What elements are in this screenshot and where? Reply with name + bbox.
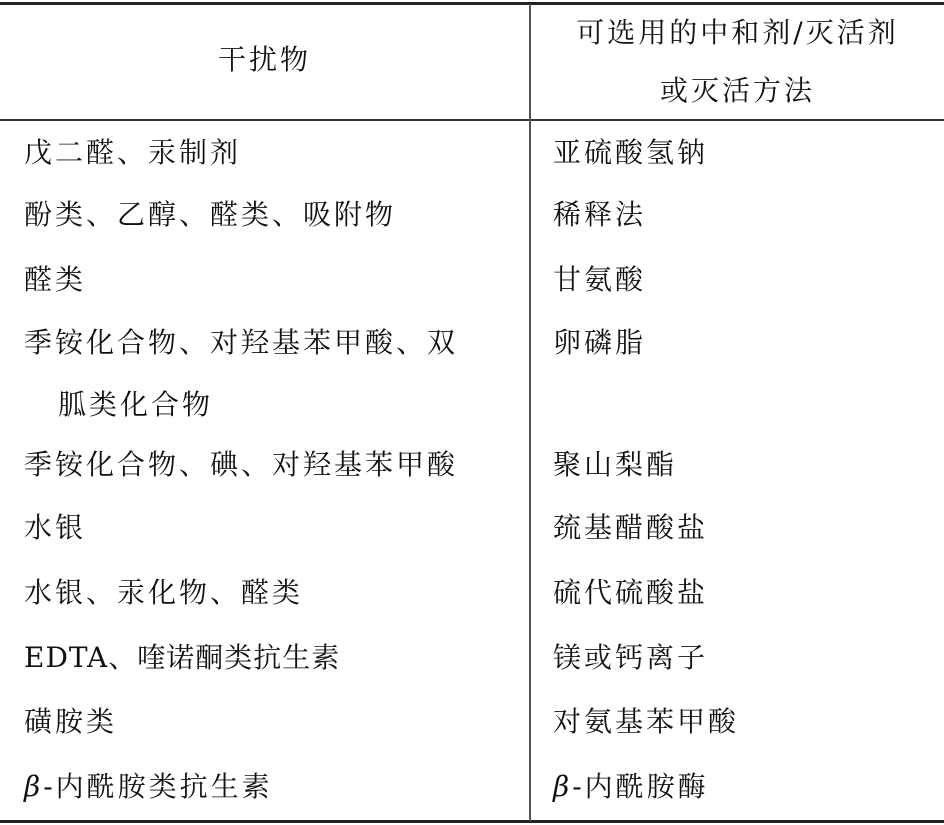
interferent-cell: 酚类、乙醇、醛类、吸附物	[24, 184, 519, 246]
interferent-cell: 醛类	[24, 249, 519, 311]
neutralizer-cell: 镁或钙离子	[553, 627, 933, 689]
interferent-line2: 胍类化合物	[24, 374, 519, 436]
header-interferent: 干扰物	[0, 31, 529, 89]
interferent-cell: β-内酰胺类抗生素	[24, 756, 519, 818]
interferent-cell: 戊二醛、汞制剂	[24, 122, 519, 184]
interferent-text: -内酰胺类抗生素	[43, 770, 272, 803]
interferent-cell: 水银	[24, 497, 519, 559]
interferent-cell: 水银、汞化物、醛类	[24, 562, 519, 624]
header-neutralizer-line2: 或灭活方法	[531, 62, 944, 120]
interferent-cell: 季铵化合物、碘、对羟基苯甲酸	[24, 434, 519, 496]
neutralizer-cell: 稀释法	[553, 184, 933, 246]
beta-symbol: β	[24, 770, 43, 803]
header-neutralizer-line1: 可选用的中和剂/灭活剂	[531, 4, 944, 62]
neutralizer-cell: 对氨基苯甲酸	[553, 691, 933, 753]
neutralizer-cell: 卵磷脂	[553, 312, 933, 374]
column-divider	[529, 4, 531, 821]
neutralizer-text: -内酰胺酶	[572, 770, 708, 803]
neutralizer-cell: 甘氨酸	[553, 249, 933, 311]
table-bottom-rule	[0, 820, 944, 823]
neutralizer-cell: 聚山梨酯	[553, 434, 933, 496]
neutralizer-cell: 硫代硫酸盐	[553, 562, 933, 624]
interferent-cell: 磺胺类	[24, 691, 519, 753]
neutralizer-cell: β-内酰胺酶	[553, 756, 933, 818]
neutralizer-cell: 亚硫酸氢钠	[553, 122, 933, 184]
interferent-cell: EDTA、喹诺酮类抗生素	[24, 627, 519, 689]
neutralizer-cell: 巯基醋酸盐	[553, 497, 933, 559]
interferent-cell: 季铵化合物、对羟基苯甲酸、双 胍类化合物	[24, 312, 519, 436]
interferent-line1: 季铵化合物、对羟基苯甲酸、双	[24, 312, 519, 374]
beta-symbol: β	[553, 770, 572, 803]
header-neutralizer: 可选用的中和剂/灭活剂 或灭活方法	[531, 4, 944, 120]
